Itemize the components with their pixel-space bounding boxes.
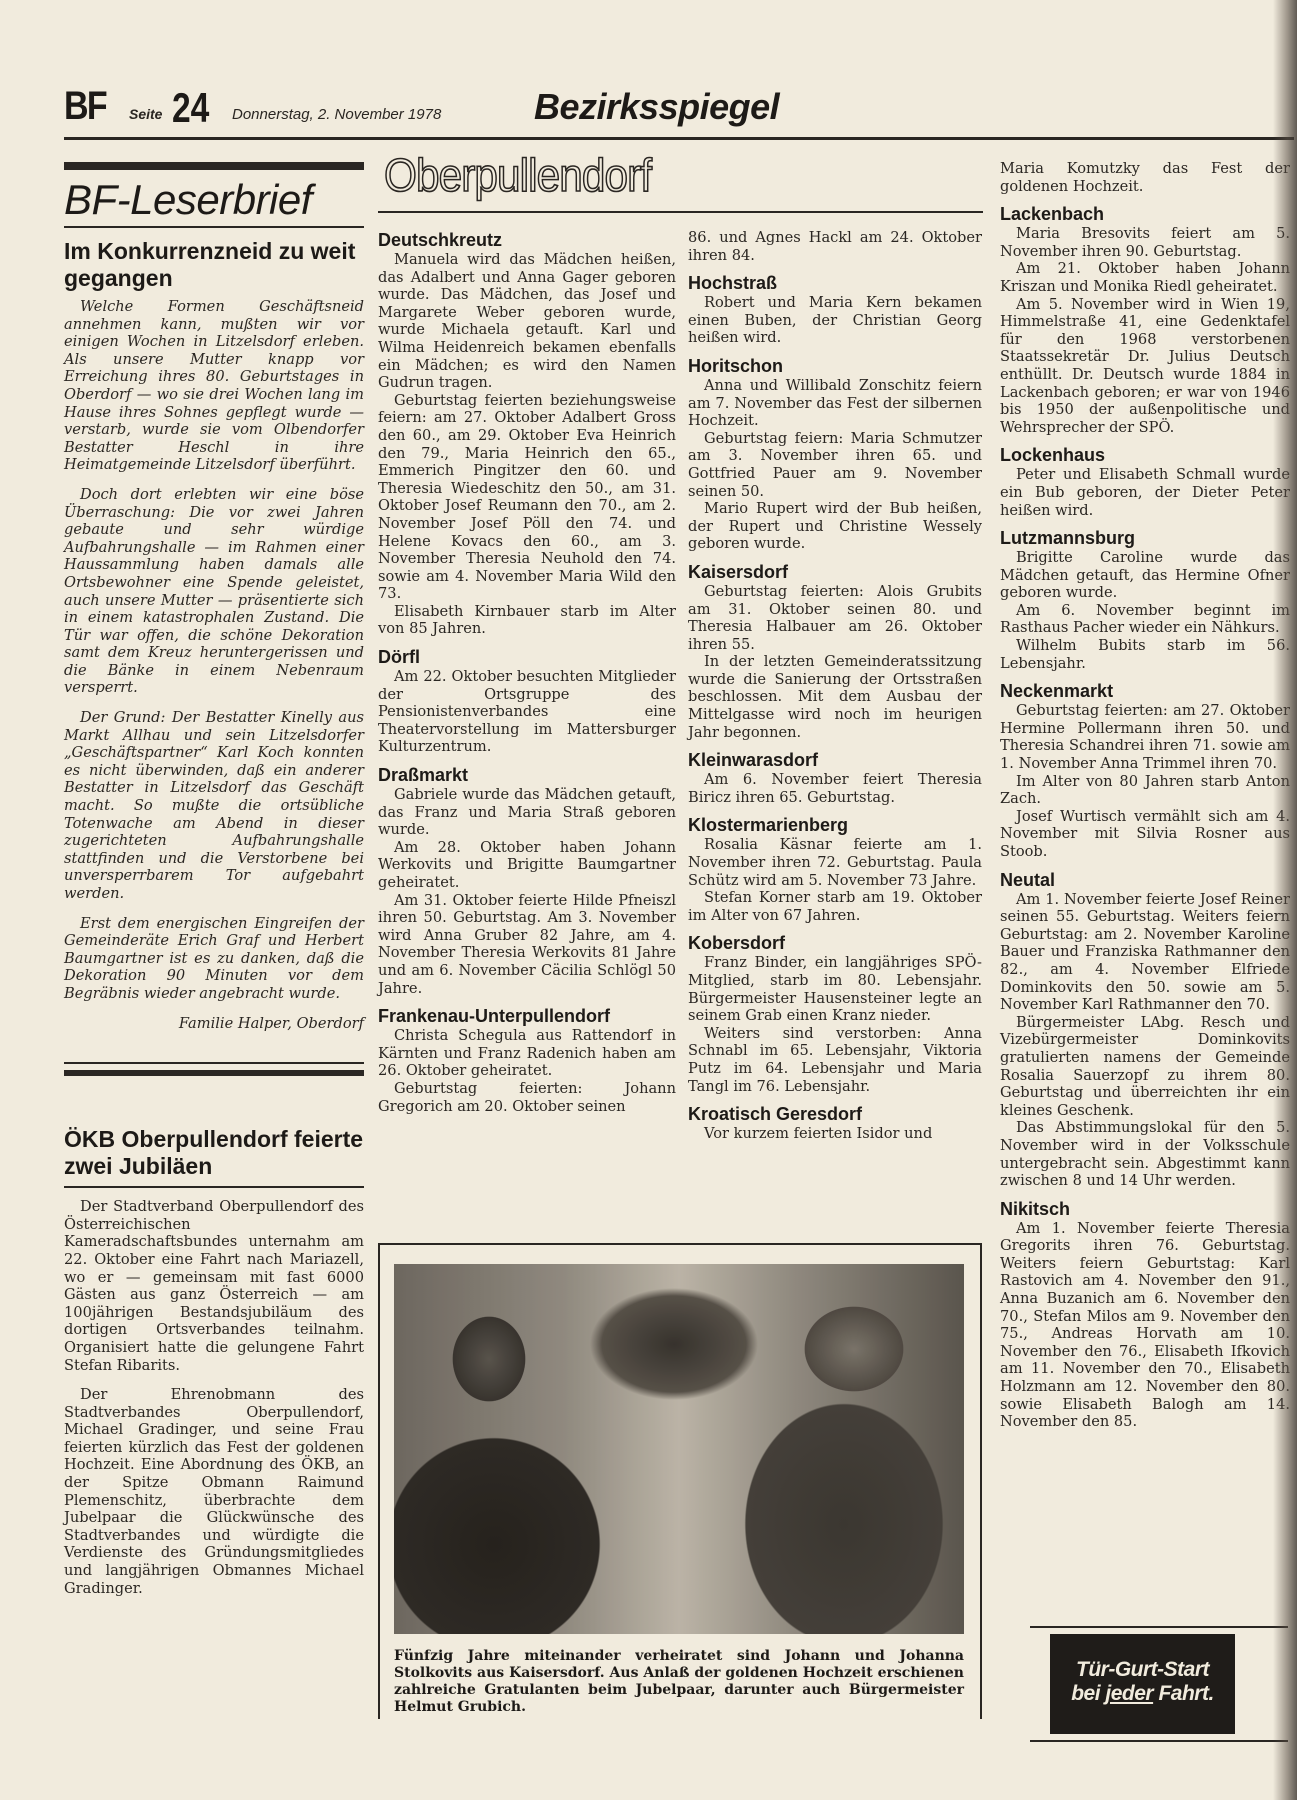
place-heading: Nikitsch [1000, 1198, 1290, 1220]
news-item: Bürgermeister LAbg. Resch und Vizebürger… [1000, 1014, 1290, 1120]
leserbrief-paragraph: Der Grund: Der Bestatter Kinelly aus Mar… [64, 709, 364, 903]
okb-body: Der Stadtverband Oberpullendorf des Öste… [64, 1198, 364, 1597]
separator-thin [64, 1062, 364, 1064]
news-item: Stefan Korner starb am 19. Oktober im Al… [688, 889, 982, 924]
region-title: Oberpullendorf [384, 150, 651, 200]
place-heading: Lutzmannsburg [1000, 527, 1290, 549]
leserbrief-paragraph: Erst dem energischen Eingreifen der Geme… [64, 915, 364, 1003]
news-item: Brigitte Caroline wurde das Mädchen geta… [1000, 549, 1290, 602]
news-item: Mario Rupert wird der Bub heißen, der Ru… [688, 500, 982, 553]
ad-rule-top [1030, 1626, 1288, 1628]
place-heading: Draßmarkt [378, 764, 676, 786]
news-item: Wilhelm Bubits starb im 56. Lebensjahr. [1000, 637, 1290, 672]
news-item: Anna und Willibald Zonschitz feiern am 7… [688, 377, 982, 430]
news-item: Am 22. Oktober besuchten Mitglieder der … [378, 668, 676, 756]
news-item: Robert und Maria Kern bekamen einen Bube… [688, 294, 982, 347]
ad-line-1: Tür-Gurt-Start [1050, 1658, 1235, 1682]
place-heading: Kaisersdorf [688, 561, 982, 583]
news-item: Das Abstimmungslokal für den 5. November… [1000, 1119, 1290, 1189]
news-item: Elisabeth Kirnbauer starb im Alter von 8… [378, 603, 676, 638]
okb-paragraph: Der Ehrenobmann des Stadtverbandes Oberp… [64, 1386, 364, 1597]
place-heading: Lockenhaus [1000, 444, 1290, 466]
news-item: Vor kurzem feierten Isidor und [688, 1125, 982, 1143]
news-item: Am 1. November feierte Theresia Gregorit… [1000, 1220, 1290, 1431]
place-heading: Neutal [1000, 869, 1290, 891]
column-separator [64, 1062, 364, 1076]
news-photo [394, 1264, 964, 1634]
news-item: Rosalia Käsnar feierte am 1. November ih… [688, 836, 982, 889]
leserbrief-body: Welche Formen Geschäftsneid annehmen kan… [64, 298, 364, 1032]
photo-caption: Fünfzig Jahre miteinander verheiratet si… [394, 1648, 964, 1716]
separator-thick [64, 1070, 364, 1076]
place-heading: Deutschkreutz [378, 229, 676, 251]
okb-headline: ÖKB Oberpullendorf feierte zwei Jubiläen [64, 1126, 364, 1180]
okb-rule [64, 1186, 364, 1188]
leserbrief-paragraph: Welche Formen Geschäftsneid annehmen kan… [64, 298, 364, 474]
news-item: Christa Schegula aus Rattendorf in Kärnt… [378, 1027, 676, 1080]
leserbrief-kicker: BF-Leserbrief [64, 176, 364, 224]
page-edge-shadow [1273, 0, 1297, 1800]
section-title: Bezirksspiegel [534, 86, 779, 128]
leserbrief-signature: Familie Halper, Oberdorf [64, 1015, 364, 1033]
news-item: Peter und Elisabeth Schmall wurde ein Bu… [1000, 466, 1290, 519]
okb-paragraph: Der Stadtverband Oberpullendorf des Öste… [64, 1198, 364, 1374]
news-item: Geburtstag feierten: Alois Grubits am 31… [688, 583, 982, 653]
news-item: Maria Bresovits feiert am 5. November ih… [1000, 225, 1290, 260]
news-item: Am 5. November wird in Wien 19, Himmelst… [1000, 296, 1290, 437]
place-heading: Neckenmarkt [1000, 680, 1290, 702]
news-item: Im Alter von 80 Jahren starb Anton Zach. [1000, 773, 1290, 808]
news-item: Geburtstag feiern: Maria Schmutzer am 3.… [688, 430, 982, 500]
place-heading: Kobersdorf [688, 932, 982, 954]
news-item: Gabriele wurde das Mädchen getauft, das … [378, 786, 676, 839]
news-item: Am 1. November feierte Josef Reiner sein… [1000, 891, 1290, 1014]
masthead: BF Seite 24 Donnerstag, 2. November 1978… [64, 84, 1284, 134]
region-rule [378, 211, 983, 213]
seatbelt-ad: Tür-Gurt-Start bei jeder Fahrt. [1050, 1634, 1235, 1734]
newspaper-page: BF Seite 24 Donnerstag, 2. November 1978… [0, 0, 1297, 1800]
leserbrief-paragraph: Doch dort erlebten wir eine böse Überras… [64, 486, 364, 697]
news-item: Am 28. Oktober haben Johann Werkovits un… [378, 839, 676, 892]
news-item: In der letzten Gemeinderatssitzung wurde… [688, 653, 982, 741]
place-heading: Dörfl [378, 646, 676, 668]
news-item: Josef Wurtisch vermählt sich am 4. Novem… [1000, 808, 1290, 861]
news-item: Geburtstag feierten: am 27. Oktober Herm… [1000, 702, 1290, 772]
column-leserbrief: BF-Leserbrief Im Konkurrenzneid zu weit … [64, 160, 364, 1609]
news-item: Manuela wird das Mädchen heißen, das Ada… [378, 251, 676, 392]
news-item: Geburtstag feierten: Johann Gregorich am… [378, 1080, 676, 1115]
news-item-continued: 86. und Agnes Hackl am 24. Oktober ihren… [688, 229, 982, 264]
masthead-rule [64, 137, 1294, 140]
news-item-continued: Maria Komutzky das Fest der goldenen Hoc… [1000, 160, 1290, 195]
news-item: Am 6. November feiert Theresia Biricz ih… [688, 771, 982, 806]
ad-text: bei [1071, 1682, 1105, 1705]
ad-line-2: bei jeder Fahrt. [1050, 1682, 1235, 1706]
ad-text: Fahrt. [1153, 1682, 1214, 1705]
place-heading: Kroatisch Geresdorf [688, 1103, 982, 1125]
news-item: Am 21. Oktober haben Johann Kriszan und … [1000, 260, 1290, 295]
masthead-logo: BF [64, 84, 106, 129]
ad-rule-bottom [1030, 1740, 1288, 1742]
page-number: 24 [172, 84, 209, 132]
place-heading: Lackenbach [1000, 203, 1290, 225]
news-item: Am 31. Oktober feierte Hilde Pfneiszl ih… [378, 892, 676, 998]
news-item: Franz Binder, ein langjähriges SPÖ-Mitgl… [688, 954, 982, 1024]
issue-date: Donnerstag, 2. November 1978 [232, 106, 441, 123]
place-heading: Frankenau-Unterpullendorf [378, 1005, 676, 1027]
leserbrief-top-bar [64, 162, 364, 170]
news-item: Weiters sind verstorben: Anna Schnabl im… [688, 1025, 982, 1095]
place-heading: Horitschon [688, 355, 982, 377]
place-heading: Klostermarienberg [688, 814, 982, 836]
news-item: Geburtstag feierten beziehungsweise feie… [378, 392, 676, 603]
leserbrief-rule [64, 226, 364, 228]
news-item: Am 6. November beginnt im Rasthaus Pache… [1000, 602, 1290, 637]
column-region-1: Deutschkreutz Manuela wird das Mädchen h… [378, 229, 676, 1115]
page-label: Seite [129, 106, 162, 122]
ad-emphasis: jeder [1105, 1682, 1153, 1705]
leserbrief-headline: Im Konkurrenzneid zu weit gegangen [64, 238, 364, 292]
column-region-3: Maria Komutzky das Fest der goldenen Hoc… [1000, 160, 1290, 1431]
place-heading: Hochstraß [688, 272, 982, 294]
place-heading: Kleinwarasdorf [688, 749, 982, 771]
column-region-2: 86. und Agnes Hackl am 24. Oktober ihren… [688, 229, 982, 1143]
